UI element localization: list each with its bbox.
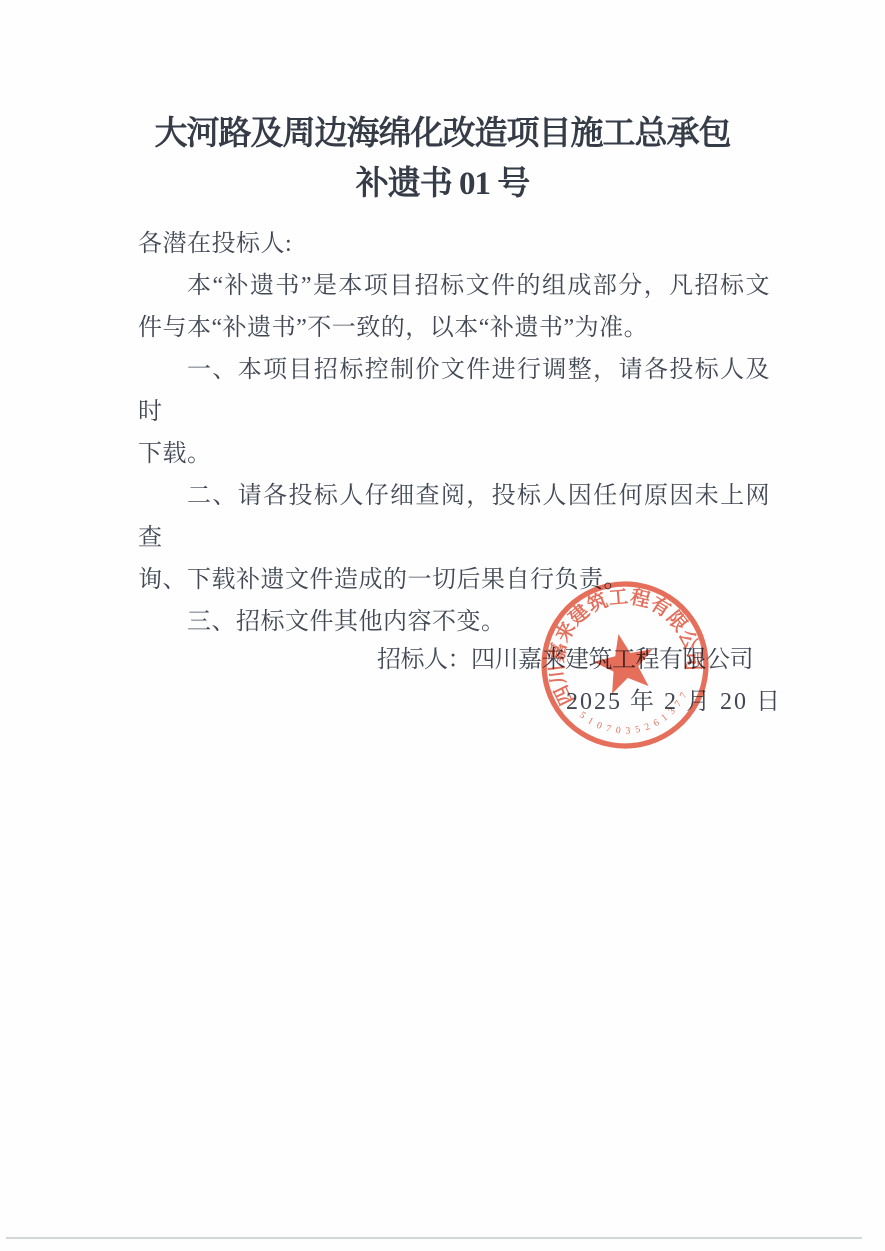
scan-edge-line [6,1237,862,1239]
document-page: 大河路及周边海绵化改造项目施工总承包 补遗书 01 号 各潜在投标人: 本“补遗… [0,0,885,1251]
document-body: 各潜在投标人: 本“补遗书”是本项目招标文件的组成部分，凡招标文件与本“补遗书”… [138,223,770,643]
body-line: 件与本“补遗书”不一致的，以本“补遗书”为准。 [138,307,770,349]
body-line: 询、下载补遗文件造成的一切后果自行负责。 [138,559,770,601]
date-line: 2025 年 2 月 20 日 [566,681,782,723]
body-line: 三、招标文件其他内容不变。 [138,601,770,643]
issuer-line: 招标人：四川嘉来建筑工程有限公司 [377,639,753,681]
issuer-label: 招标人： [377,647,471,673]
document-title-line2: 补遗书 01 号 [0,157,885,204]
body-line: 二、请各投标人仔细查阅，投标人因任何原因未上网查 [138,475,770,559]
document-title-line1: 大河路及周边海绵化改造项目施工总承包 [0,107,885,154]
body-line: 本“补遗书”是本项目招标文件的组成部分，凡招标文 [138,265,770,307]
salutation-line: 各潜在投标人: [138,223,770,265]
body-line: 一、本项目招标控制价文件进行调整，请各投标人及时 [138,349,770,433]
issuer-company-name: 四川嘉来建筑工程有限公司 [471,647,753,673]
body-line: 下载。 [138,433,770,475]
